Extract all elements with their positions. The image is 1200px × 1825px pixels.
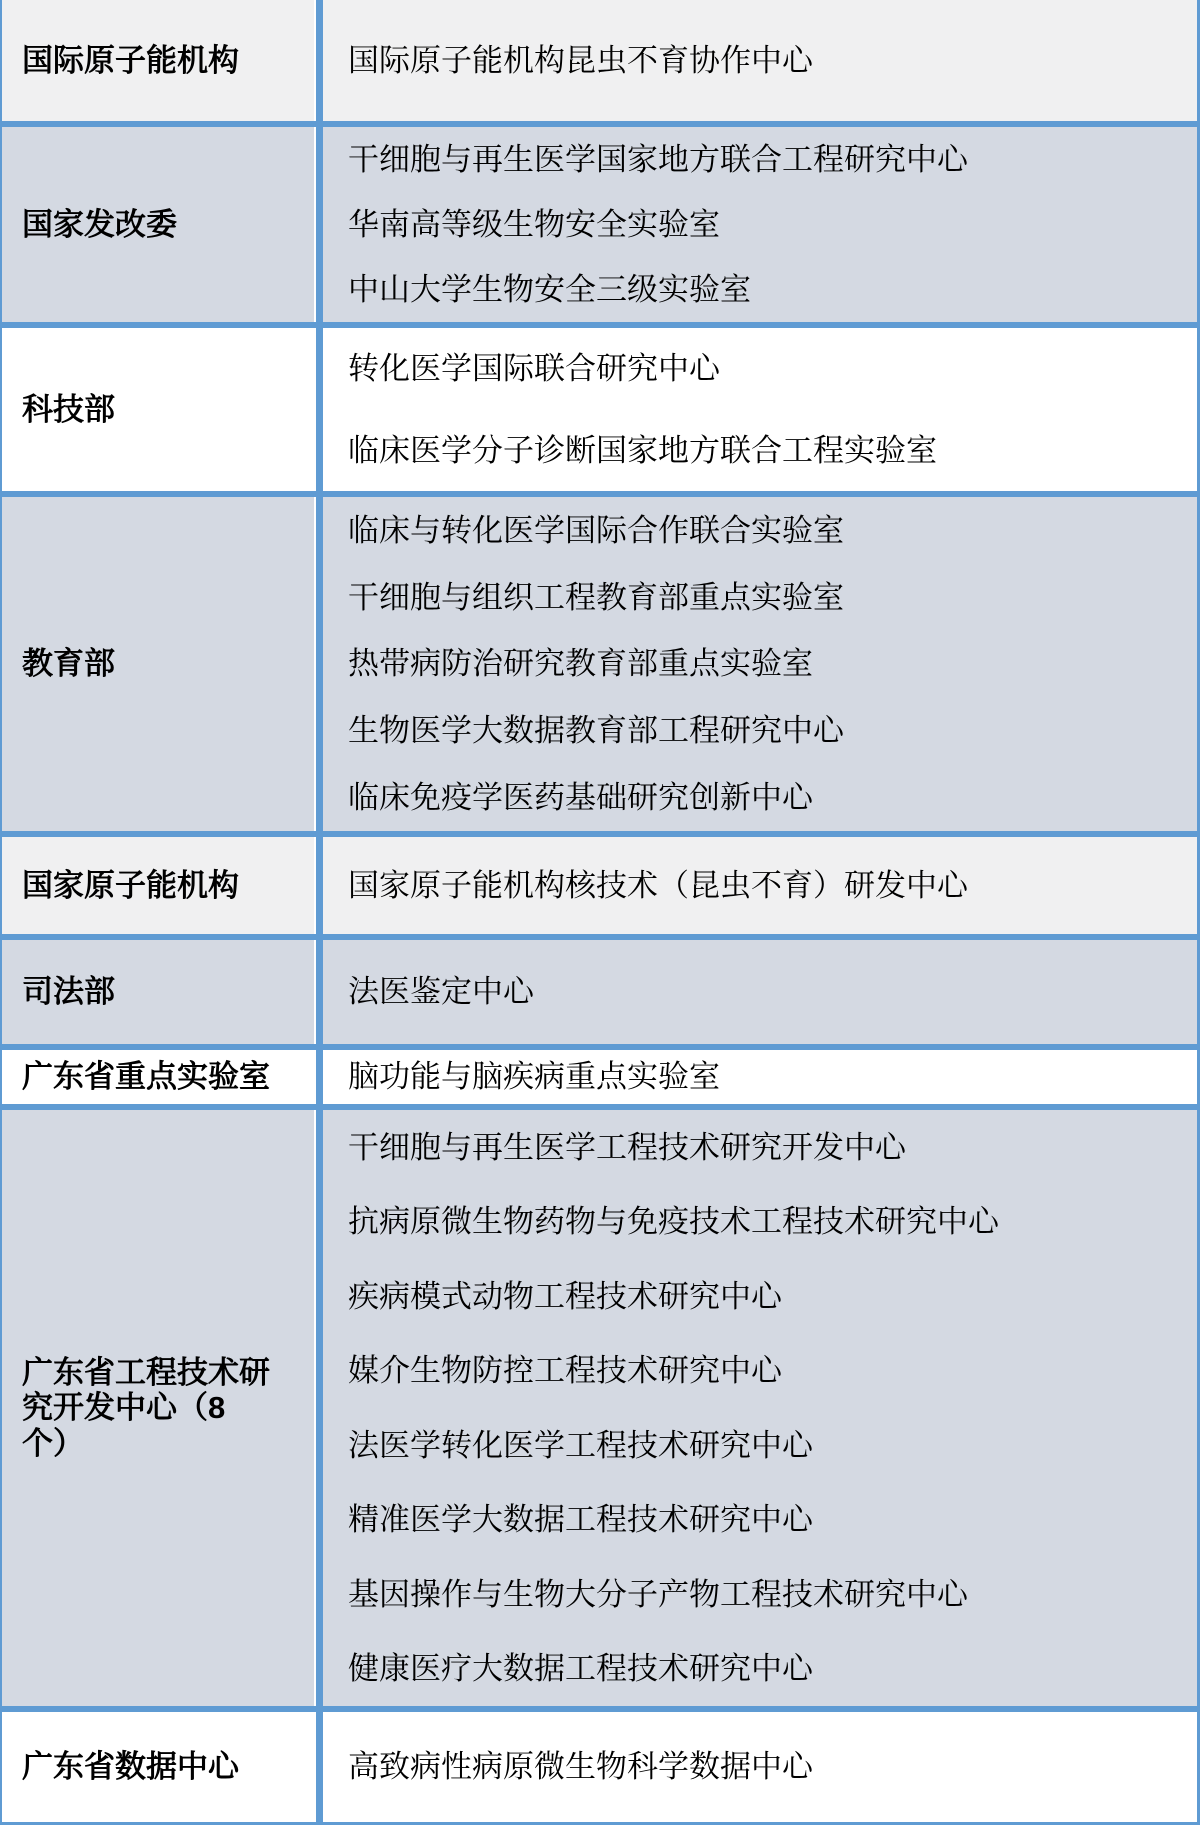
lab-item: 临床免疫学医药基础研究创新中心	[348, 779, 1187, 816]
lab-item: 干细胞与再生医学工程技术研究开发中心	[348, 1129, 1187, 1166]
table-row: 国际原子能机构 国际原子能机构昆虫不育协作中心	[2, 0, 1197, 127]
table-row: 科技部 转化医学国际联合研究中心临床医学分子诊断国家地方联合工程实验室	[2, 328, 1197, 497]
labs-cell: 临床与转化医学国际合作联合实验室干细胞与组织工程教育部重点实验室热带病防治研究教…	[323, 497, 1197, 831]
lab-item: 临床与转化医学国际合作联合实验室	[348, 512, 1187, 549]
labs-cell: 干细胞与再生医学工程技术研究开发中心抗病原微生物药物与免疫技术工程技术研究中心疾…	[323, 1110, 1197, 1706]
org-label: 广东省数据中心	[22, 1749, 239, 1784]
labs-cell: 国家原子能机构核技术（昆虫不育）研发中心	[323, 837, 1197, 934]
lab-item: 法医学转化医学工程技术研究中心	[348, 1427, 1187, 1464]
labs-cell: 高致病性病原微生物科学数据中心	[323, 1712, 1197, 1822]
table-row: 司法部 法医鉴定中心	[2, 940, 1197, 1050]
org-label: 司法部	[22, 974, 115, 1009]
column-divider	[316, 940, 323, 1044]
lab-item: 抗病原微生物药物与免疫技术工程技术研究中心	[348, 1203, 1187, 1240]
org-cell: 广东省工程技术研 究开发中心（8 个）	[2, 1110, 314, 1706]
institution-approval-table: 国际原子能机构 国际原子能机构昆虫不育协作中心 国家发改委 干细胞与再生医学国家…	[0, 0, 1200, 1825]
org-label: 广东省工程技术研 究开发中心（8 个）	[22, 1355, 270, 1460]
lab-item: 媒介生物防控工程技术研究中心	[348, 1352, 1187, 1389]
org-cell: 国际原子能机构	[2, 0, 314, 121]
page: 国际原子能机构 国际原子能机构昆虫不育协作中心 国家发改委 干细胞与再生医学国家…	[0, 0, 1200, 1825]
labs-cell: 脑功能与脑疾病重点实验室	[323, 1050, 1197, 1104]
lab-item: 干细胞与组织工程教育部重点实验室	[348, 579, 1187, 616]
column-divider	[316, 837, 323, 934]
lab-item: 国家原子能机构核技术（昆虫不育）研发中心	[348, 867, 1187, 904]
org-cell: 国家原子能机构	[2, 837, 314, 934]
org-label: 科技部	[22, 392, 115, 427]
lab-item: 脑功能与脑疾病重点实验室	[348, 1058, 1187, 1095]
column-divider	[316, 1050, 323, 1104]
labs-cell: 干细胞与再生医学国家地方联合工程研究中心华南高等级生物安全实验室中山大学生物安全…	[323, 127, 1197, 322]
labs-cell: 国际原子能机构昆虫不育协作中心	[323, 0, 1197, 121]
org-label: 广东省重点实验室	[22, 1059, 270, 1094]
lab-item: 生物医学大数据教育部工程研究中心	[348, 712, 1187, 749]
org-cell: 科技部	[2, 328, 314, 491]
column-divider	[316, 127, 323, 322]
lab-item: 健康医疗大数据工程技术研究中心	[348, 1650, 1187, 1687]
org-cell: 教育部	[2, 497, 314, 831]
org-label: 国家原子能机构	[22, 868, 239, 903]
table-row: 广东省数据中心 高致病性病原微生物科学数据中心	[2, 1712, 1197, 1822]
lab-item: 法医鉴定中心	[348, 973, 1187, 1010]
lab-item: 干细胞与再生医学国家地方联合工程研究中心	[348, 141, 1187, 178]
table-row: 国家原子能机构 国家原子能机构核技术（昆虫不育）研发中心	[2, 837, 1197, 940]
table-row: 国家发改委 干细胞与再生医学国家地方联合工程研究中心华南高等级生物安全实验室中山…	[2, 127, 1197, 328]
lab-item: 精准医学大数据工程技术研究中心	[348, 1501, 1187, 1538]
lab-item: 疾病模式动物工程技术研究中心	[348, 1278, 1187, 1315]
org-cell: 广东省重点实验室	[2, 1050, 314, 1104]
org-cell: 国家发改委	[2, 127, 314, 322]
table-row: 广东省工程技术研 究开发中心（8 个） 干细胞与再生医学工程技术研究开发中心抗病…	[2, 1110, 1197, 1712]
org-label: 国家发改委	[22, 207, 177, 242]
column-divider	[316, 497, 323, 831]
labs-cell: 转化医学国际联合研究中心临床医学分子诊断国家地方联合工程实验室	[323, 328, 1197, 491]
column-divider	[316, 328, 323, 491]
lab-item: 高致病性病原微生物科学数据中心	[348, 1748, 1187, 1785]
lab-item: 华南高等级生物安全实验室	[348, 206, 1187, 243]
lab-item: 基因操作与生物大分子产物工程技术研究中心	[348, 1576, 1187, 1613]
lab-item: 转化医学国际联合研究中心	[348, 350, 1187, 387]
column-divider	[316, 1712, 323, 1822]
table-row: 教育部 临床与转化医学国际合作联合实验室干细胞与组织工程教育部重点实验室热带病防…	[2, 497, 1197, 837]
column-divider	[316, 0, 323, 121]
lab-item: 中山大学生物安全三级实验室	[348, 271, 1187, 308]
labs-cell: 法医鉴定中心	[323, 940, 1197, 1044]
table-row: 广东省重点实验室 脑功能与脑疾病重点实验室	[2, 1050, 1197, 1110]
lab-item: 热带病防治研究教育部重点实验室	[348, 645, 1187, 682]
lab-item: 国际原子能机构昆虫不育协作中心	[348, 42, 1187, 79]
org-label: 教育部	[22, 646, 115, 681]
org-label: 国际原子能机构	[22, 43, 239, 78]
column-divider	[316, 1110, 323, 1706]
org-cell: 司法部	[2, 940, 314, 1044]
lab-item: 临床医学分子诊断国家地方联合工程实验室	[348, 432, 1187, 469]
org-cell: 广东省数据中心	[2, 1712, 314, 1822]
